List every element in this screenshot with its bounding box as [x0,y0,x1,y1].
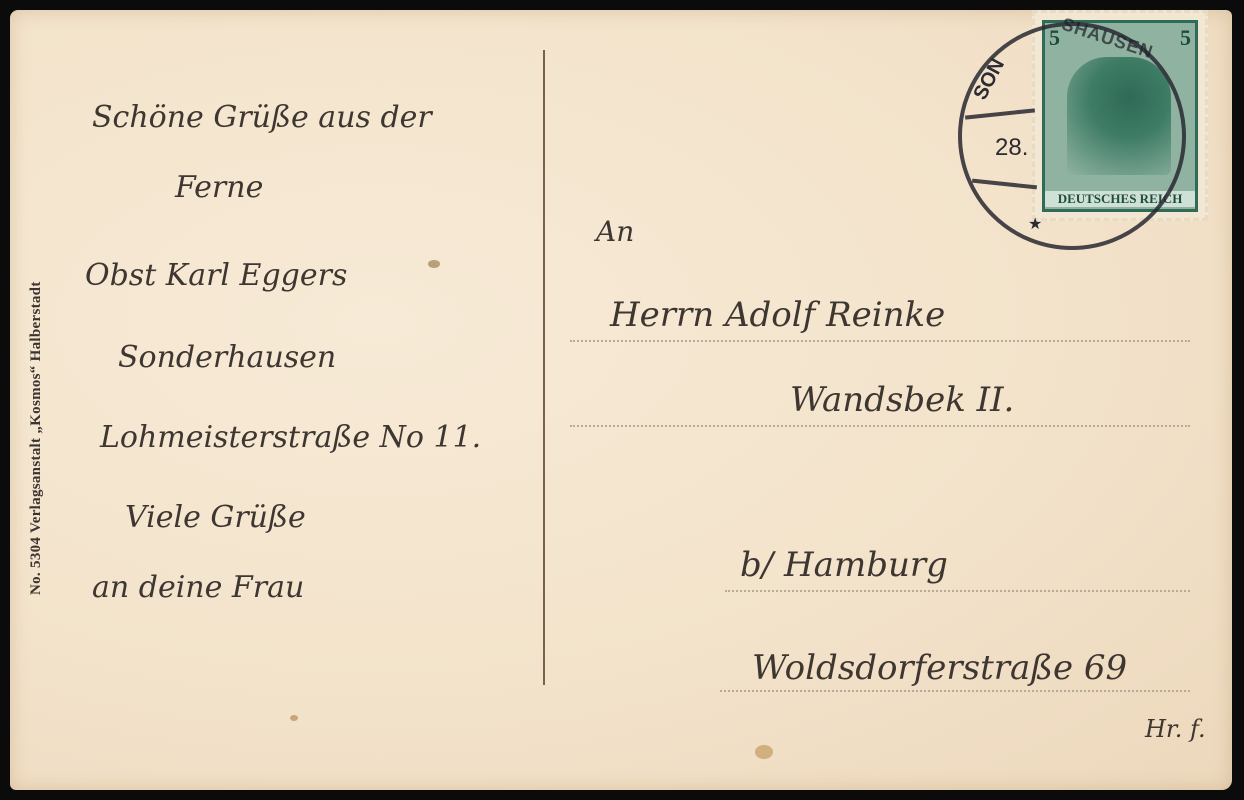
address-line: b/ Hamburg [740,545,948,585]
address-line: Woldsdorferstraße 69 [752,648,1127,688]
foxing-spot [290,715,298,721]
message-line: Lohmeisterstraße No 11. [100,420,481,455]
message-line: Viele Grüße [125,500,306,535]
message-line: Obst Karl Eggers [85,258,347,293]
address-dotted-line [720,690,1190,692]
address-line: Herrn Adolf Reinke [610,295,945,335]
address-dotted-line [570,425,1190,427]
center-divider [543,50,545,685]
address-dotted-line [570,340,1190,342]
postmark-date: 28. [995,134,1028,162]
foxing-spot [428,260,440,268]
message-line: Ferne [175,170,263,205]
star-icon: ★ [1028,214,1042,233]
message-line: an deine Frau [92,570,304,605]
stamp-value: 5 [1180,25,1191,51]
address-dotted-line [725,590,1190,592]
message-line: Schöne Grüße aus der [92,100,432,135]
address-line: An [596,215,634,248]
publisher-imprint: No. 5304 Verlagsanstalt „Kosmos“ Halbers… [28,281,45,595]
foxing-spot [755,745,773,759]
address-line: Wandsbek II. [790,380,1014,420]
corner-note: Hr. f. [1145,715,1206,743]
message-line: Sonderhausen [118,340,336,375]
